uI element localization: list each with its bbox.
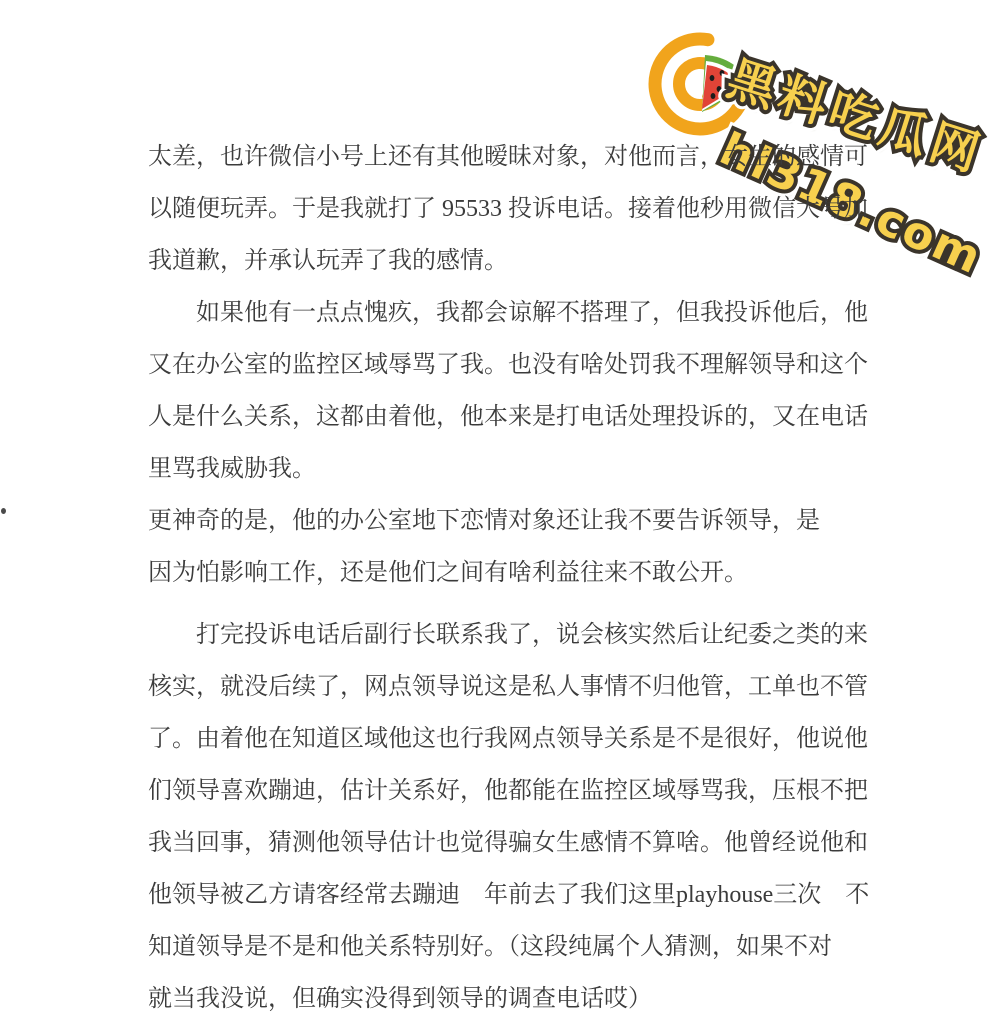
document-page: 黑料吃瓜网 黑料吃瓜网 黑料吃瓜网 hl318.com hl318.com hl… <box>0 0 1000 1036</box>
text-line: 我道歉，并承认玩弄了我的感情。 <box>148 235 872 287</box>
text-line: 知道领导是不是和他关系特别好。（这段纯属个人猜测，如果不对 <box>148 921 872 973</box>
text-line: 就当我没说，但确实没得到领导的调查电话哎） <box>148 973 872 1025</box>
text-line: 因为怕影响工作，还是他们之间有啥利益往来不敢公开。 <box>148 547 872 599</box>
text-line: 我当回事，猜测他领导估计也觉得骗女生感情不算啥。他曾经说他和 <box>148 817 872 869</box>
document-body: 太差，也许微信小号上还有其他暧昧对象，对他而言，女生的感情可 以随便玩弄。于是我… <box>148 131 872 1025</box>
text-line: 核实，就没后续了，网点领导说这是私人事情不归他管，工单也不管 <box>148 661 872 713</box>
text-line: 以随便玩弄。于是我就打了 95533 投诉电话。接着他秒用微信大号加 <box>148 183 872 235</box>
text-line: 了。由着他在知道区域他这也行我网点领导关系是不是很好，他说他 <box>148 713 872 765</box>
text-line: 人是什么关系，这都由着他，他本来是打电话处理投诉的，又在电话 <box>148 391 872 443</box>
text-line: 太差，也许微信小号上还有其他暧昧对象，对他而言，女生的感情可 <box>148 131 872 183</box>
text-line: 打完投诉电话后副行长联系我了，说会核实然后让纪委之类的来 <box>148 609 872 661</box>
text-line: 里骂我威胁我。 <box>148 443 872 495</box>
text-line: 如果他有一点点愧疚，我都会谅解不搭理了，但我投诉他后，他 <box>148 287 872 339</box>
text-line: 更神奇的是，他的办公室地下恋情对象还让我不要告诉领导，是 <box>148 495 872 547</box>
stray-dot-mark <box>1 508 6 514</box>
text-line: 们领导喜欢蹦迪，估计关系好，他都能在监控区域辱骂我，压根不把 <box>148 765 872 817</box>
text-line: 又在办公室的监控区域辱骂了我。也没有啥处罚我不理解领导和这个 <box>148 339 872 391</box>
text-line: 他领导被乙方请客经常去蹦迪 年前去了我们这里playhouse三次 不 <box>148 869 872 921</box>
